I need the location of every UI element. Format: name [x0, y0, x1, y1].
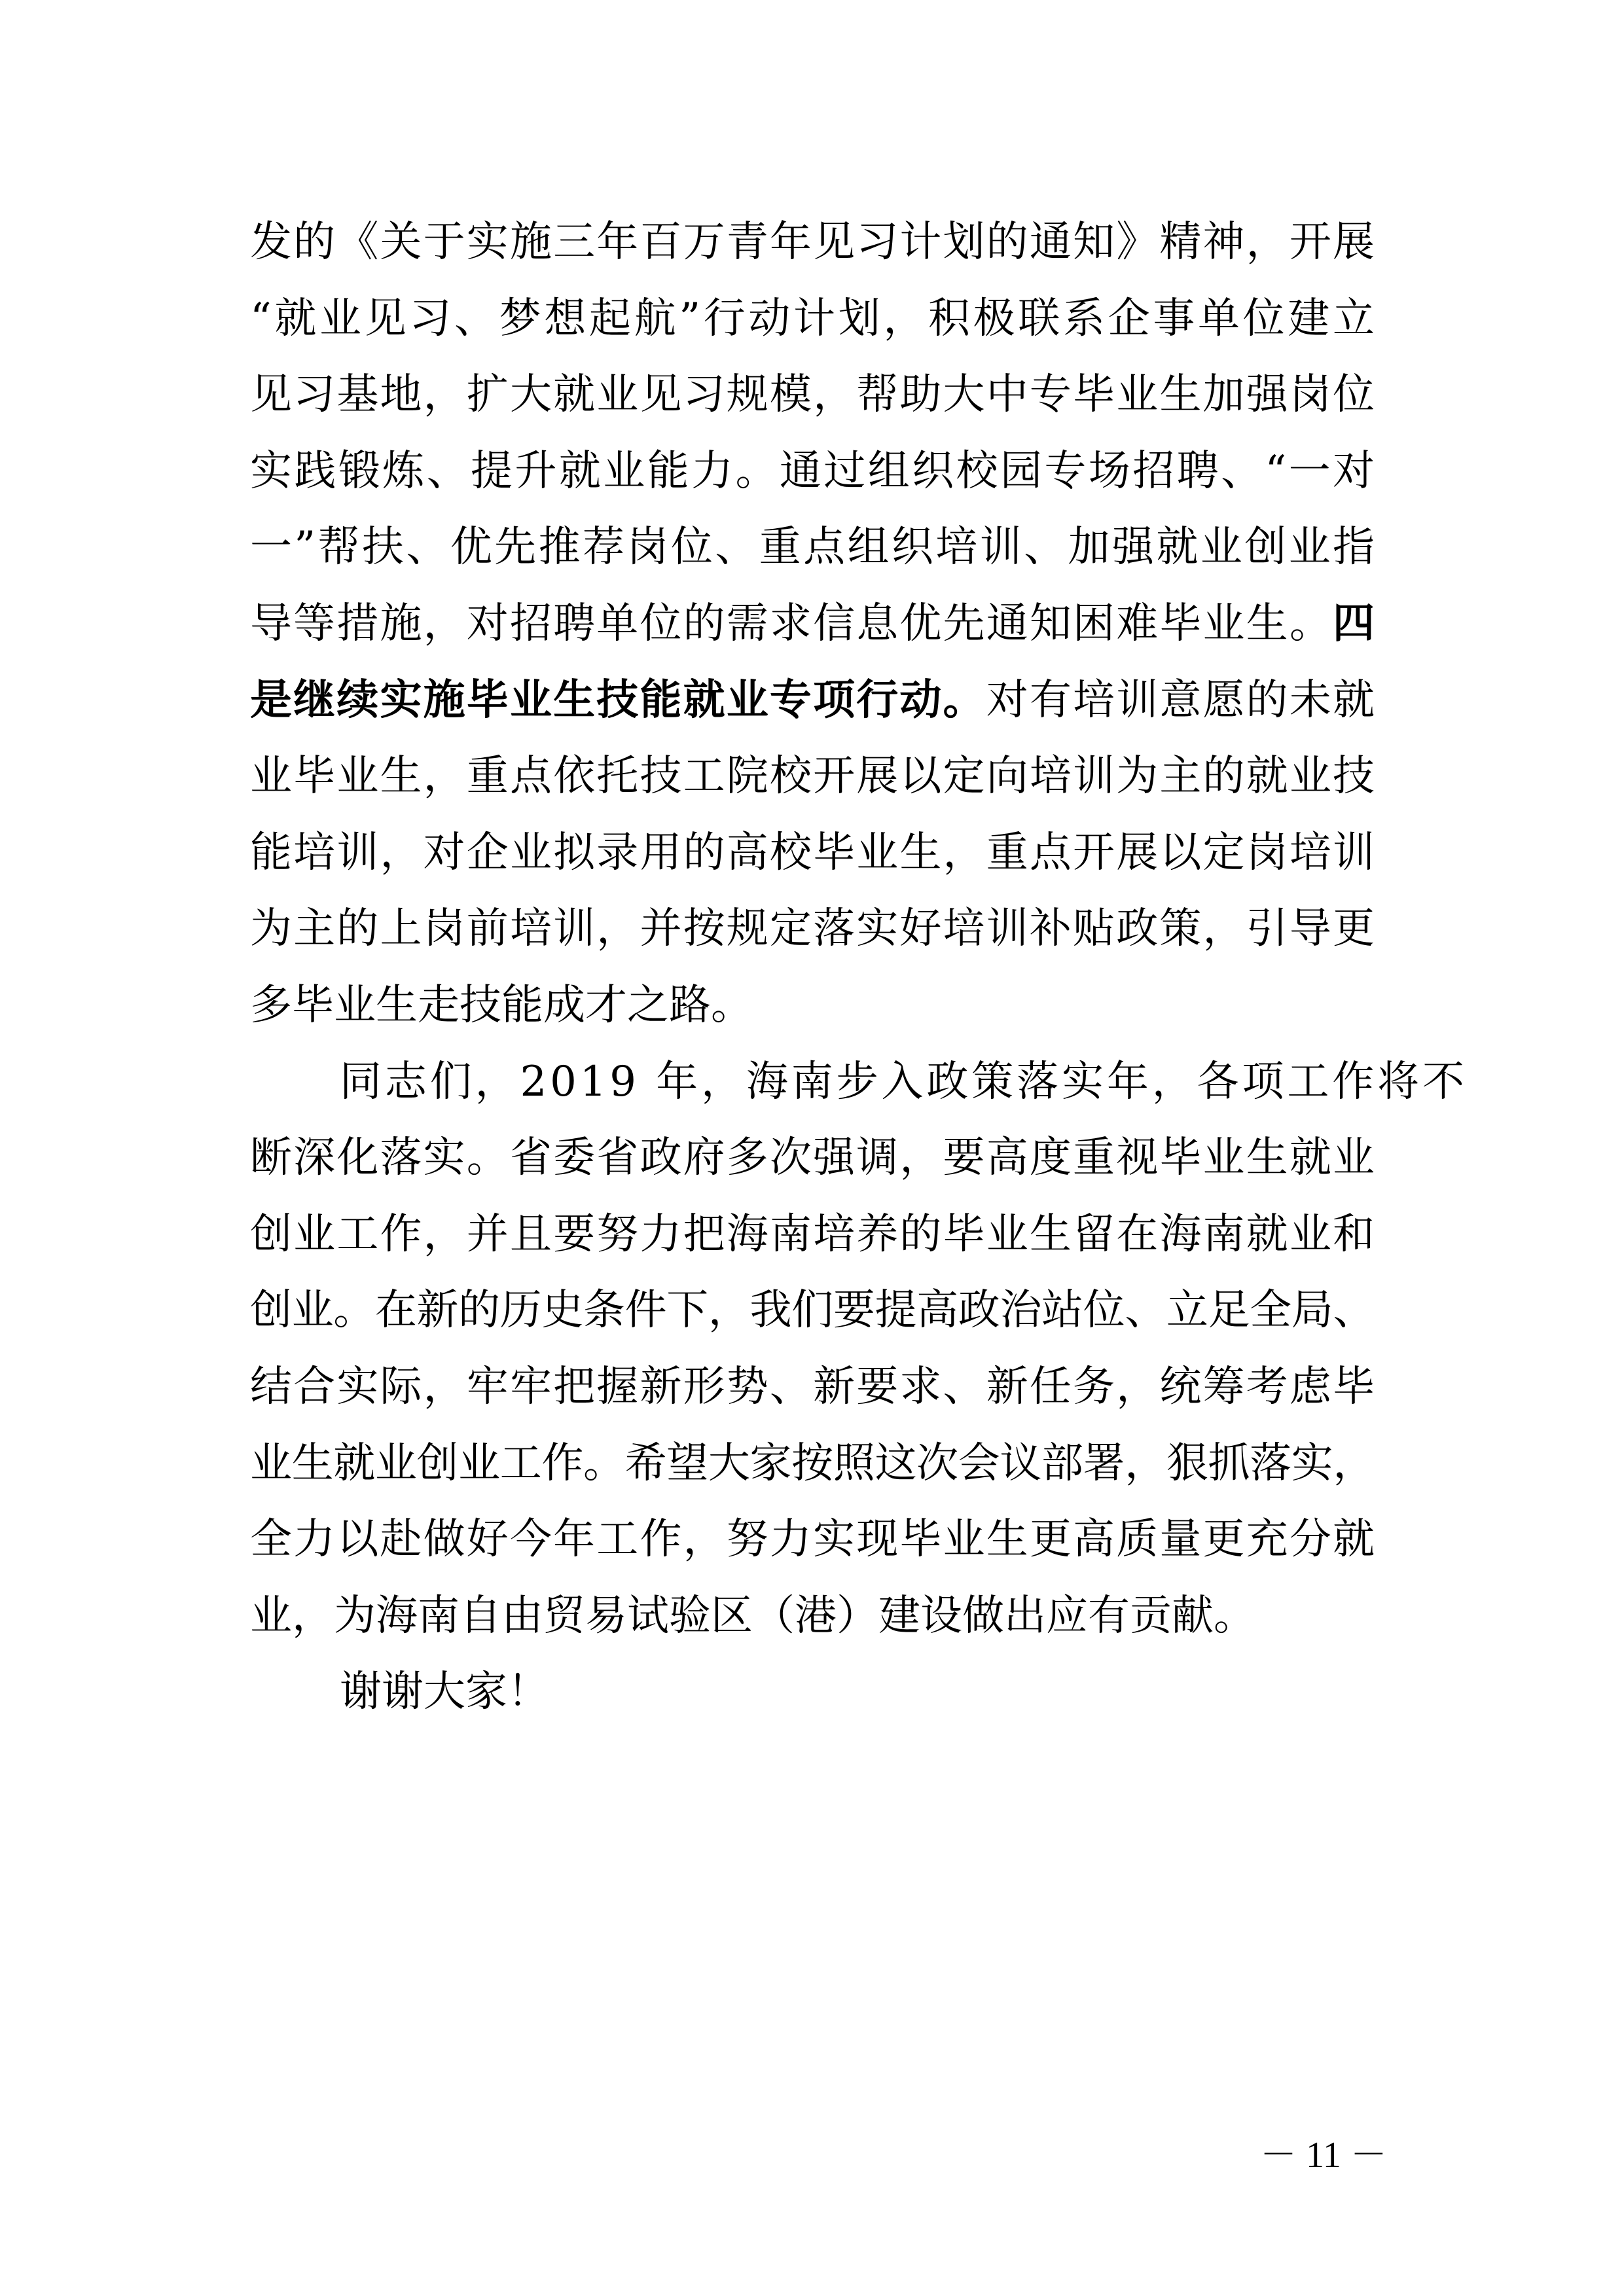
line-text: 对有培训意愿的未就 — [986, 676, 1375, 725]
text-line-9: 能培训，对企业拟录用的高校毕业生，重点开展以定岗培训 — [250, 815, 1375, 891]
line-text: 断深化落实。省委省政府多次强调，要高度重视毕业生就业 — [250, 1134, 1375, 1182]
text-line-12: 同志们，2019 年，海南步入政策落实年，各项工作将不 — [250, 1044, 1375, 1121]
text-line-8: 业毕业生，重点依托技工院校开展以定向培训为主的就业技 — [250, 738, 1375, 815]
line-text: 业，为海南自由贸易试验区（港）建设做出应有贡献。 — [250, 1592, 1255, 1640]
line-text: 实践锻炼、提升就业能力。通过组织校园专场招聘、“一对 — [250, 447, 1375, 495]
bold-heading-text: 是继续实施毕业生技能就业专项行动。 — [250, 675, 986, 725]
text-line-14: 创业工作，并且要努力把海南培养的毕业生留在海南就业和 — [250, 1196, 1375, 1273]
text-line-19: 业，为海南自由贸易试验区（港）建设做出应有贡献。 — [250, 1578, 1375, 1655]
text-line-3: 见习基地，扩大就业见习规模，帮助大中专毕业生加强岗位 — [250, 357, 1375, 433]
text-line-6: 导等措施，对招聘单位的需求信息优先通知困难毕业生。四 — [250, 586, 1375, 662]
line-text: 谢谢大家！ — [340, 1668, 549, 1716]
line-text: 创业。在新的历史条件下，我们要提高政治站位、立足全局、 — [250, 1286, 1375, 1335]
line-text: 创业工作，并且要努力把海南培养的毕业生留在海南就业和 — [250, 1210, 1375, 1259]
line-text: 能培训，对企业拟录用的高校毕业生，重点开展以定岗培训 — [250, 829, 1375, 877]
text-line-2: “就业见习、梦想起航”行动计划，积极联系企事单位建立 — [250, 281, 1375, 357]
line-text: 全力以赴做好今年工作，努力实现毕业生更高质量更充分就 — [250, 1515, 1375, 1564]
line-text: 同志们，2019 年，海南步入政策落实年，各项工作将不 — [340, 1058, 1468, 1106]
line-text: 一”帮扶、优先推荐岗位、重点组织培训、加强就业创业指 — [250, 523, 1375, 571]
line-text: 发的《关于实施三年百万青年见习计划的通知》精神，开展 — [250, 218, 1375, 266]
document-page: 发的《关于实施三年百万青年见习计划的通知》精神，开展 “就业见习、梦想起航”行动… — [0, 0, 1624, 2296]
text-line-17: 业生就业创业工作。希望大家按照这次会议部署，狠抓落实， — [250, 1426, 1375, 1502]
text-line-18: 全力以赴做好今年工作，努力实现毕业生更高质量更充分就 — [250, 1501, 1375, 1578]
text-line-16: 结合实际，牢牢把握新形势、新要求、新任务，统筹考虑毕 — [250, 1349, 1375, 1426]
line-text: “就业见习、梦想起航”行动计划，积极联系企事单位建立 — [250, 295, 1375, 343]
line-text: 见习基地，扩大就业见习规模，帮助大中专毕业生加强岗位 — [250, 370, 1375, 419]
bold-heading-text: 四 — [1333, 599, 1375, 648]
text-line-20: 谢谢大家！ — [250, 1654, 1375, 1731]
line-text: 多毕业生走技能成才之路。 — [250, 981, 753, 1030]
line-text: 业生就业创业工作。希望大家按照这次会议部署，狠抓落实， — [250, 1439, 1375, 1488]
text-line-13: 断深化落实。省委省政府多次强调，要高度重视毕业生就业 — [250, 1120, 1375, 1196]
text-line-11: 多毕业生走技能成才之路。 — [250, 967, 1375, 1044]
text-line-5: 一”帮扶、优先推荐岗位、重点组织培训、加强就业创业指 — [250, 509, 1375, 586]
page-number: － 11 － — [1260, 2132, 1381, 2178]
body-text: 发的《关于实施三年百万青年见习计划的通知》精神，开展 “就业见习、梦想起航”行动… — [250, 204, 1375, 1731]
text-line-4: 实践锻炼、提升就业能力。通过组织校园专场招聘、“一对 — [250, 433, 1375, 510]
text-line-1: 发的《关于实施三年百万青年见习计划的通知》精神，开展 — [250, 204, 1375, 281]
text-line-15: 创业。在新的历史条件下，我们要提高政治站位、立足全局、 — [250, 1272, 1375, 1349]
line-text: 导等措施，对招聘单位的需求信息优先通知困难毕业生。 — [250, 600, 1333, 648]
line-text: 结合实际，牢牢把握新形势、新要求、新任务，统筹考虑毕 — [250, 1363, 1375, 1411]
line-text: 业毕业生，重点依托技工院校开展以定向培训为主的就业技 — [250, 752, 1375, 800]
text-line-7: 是继续实施毕业生技能就业专项行动。对有培训意愿的未就 — [250, 662, 1375, 739]
line-text: 为主的上岗前培训，并按规定落实好培训补贴政策，引导更 — [250, 905, 1375, 953]
text-line-10: 为主的上岗前培训，并按规定落实好培训补贴政策，引导更 — [250, 891, 1375, 967]
